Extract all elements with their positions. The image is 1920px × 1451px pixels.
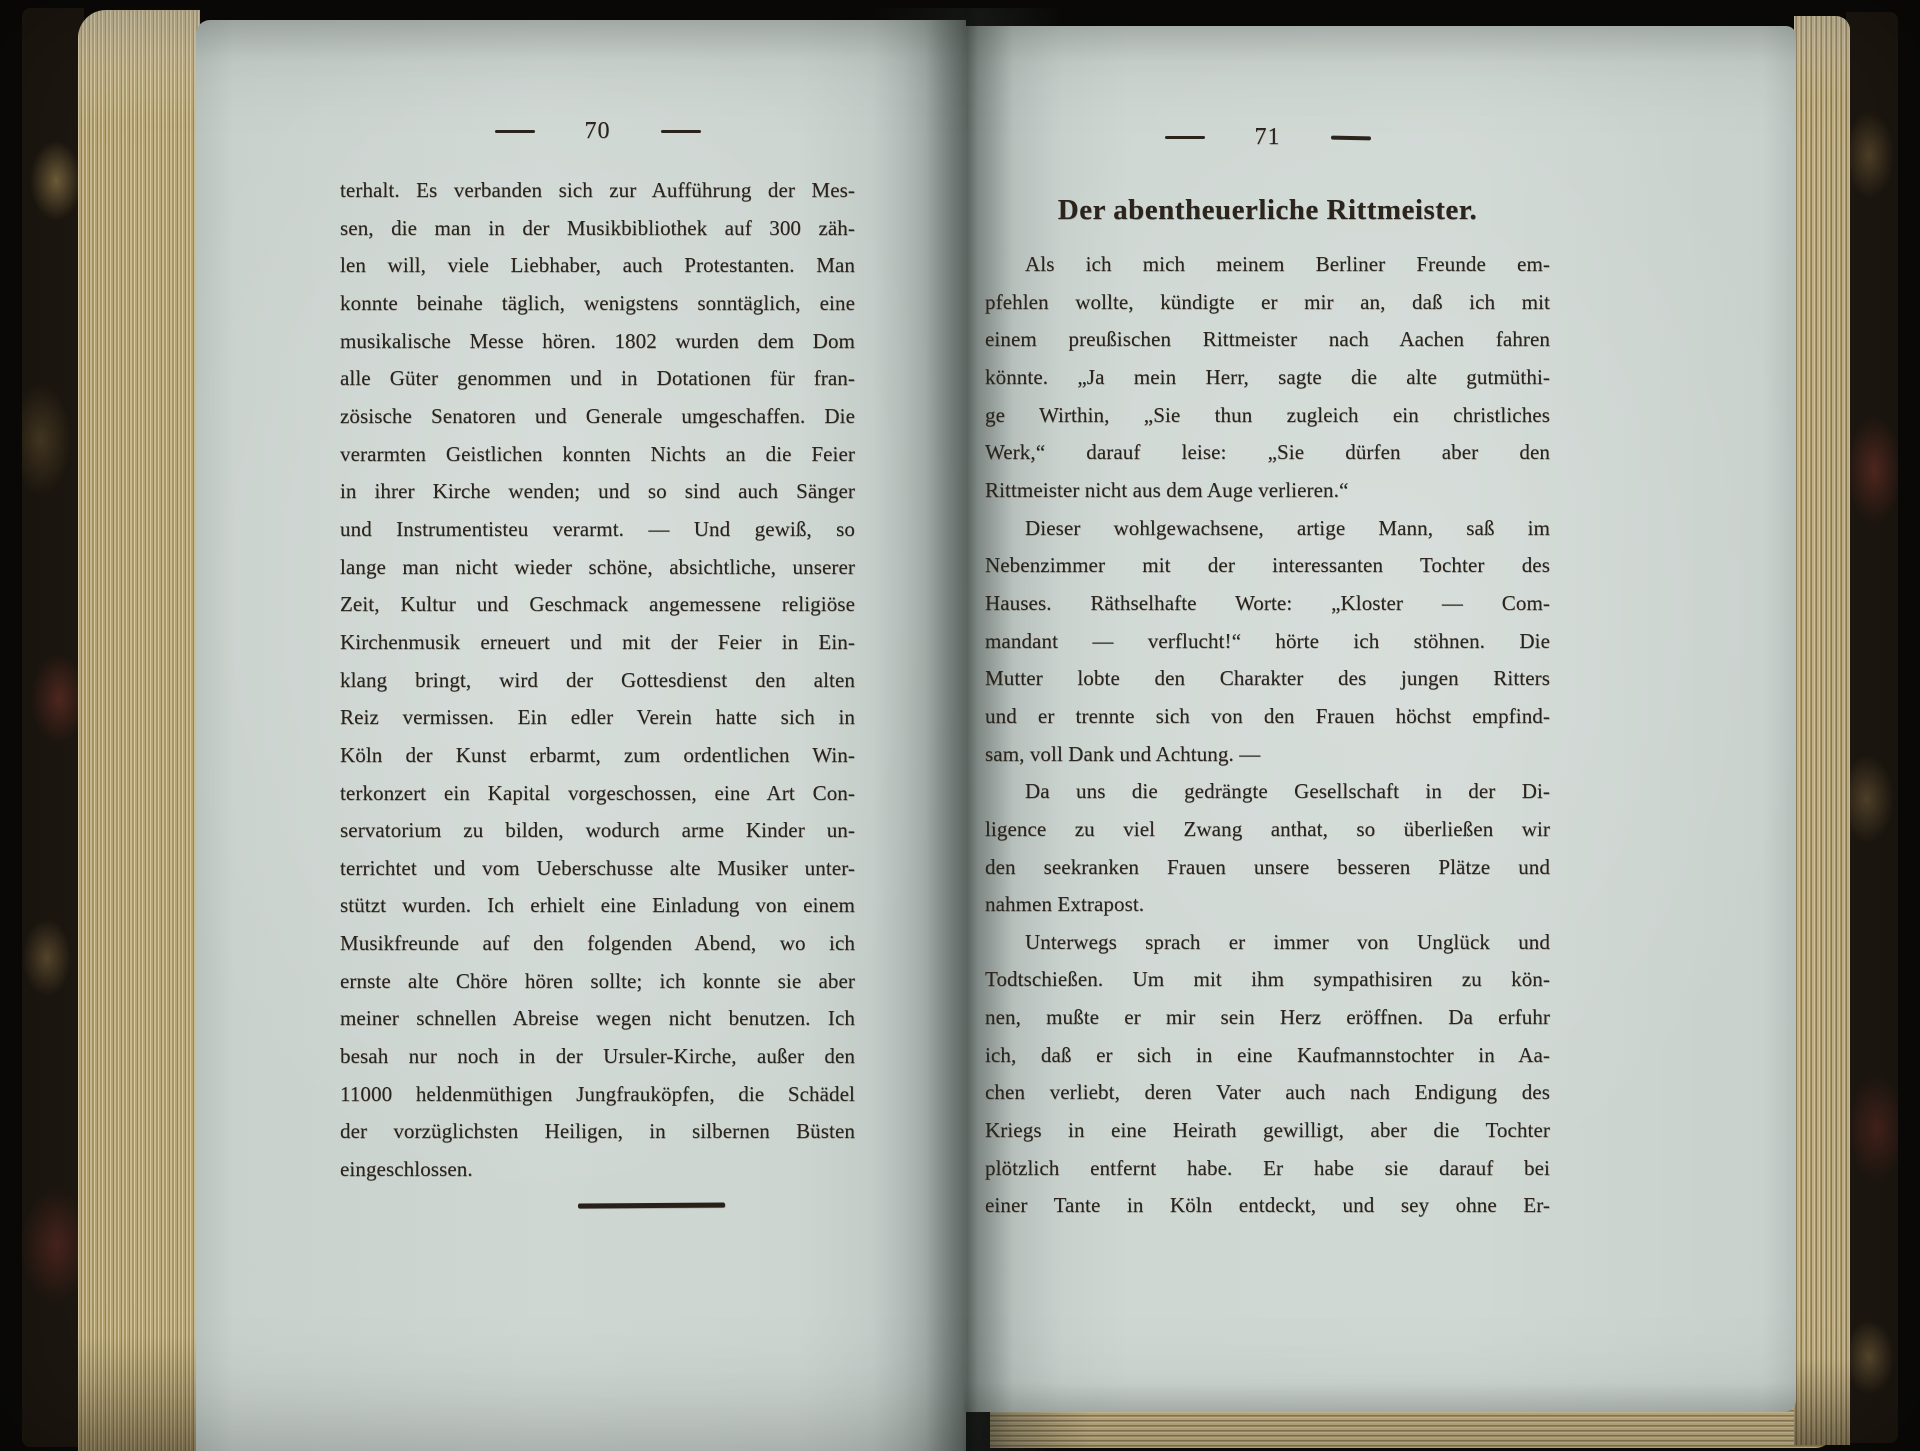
text-line: in ihrer Kirche wenden; und so sind auch… — [340, 473, 855, 511]
text-line: und er trennte sich von den Frauen höchs… — [985, 698, 1550, 736]
header-dash-icon — [495, 130, 535, 134]
left-marbled-board — [22, 8, 84, 1447]
right-page-edges — [1794, 16, 1850, 1445]
text-line: nen, mußte er mir sein Herz eröffnen. Da… — [985, 999, 1550, 1037]
right-page-text: Als ich mich meinem Berliner Freunde em-… — [985, 246, 1550, 1225]
text-line: klang bringt, wird der Gottesdienst den … — [340, 662, 855, 700]
text-line: Kirchenmusik erneuert und mit der Feier … — [340, 624, 855, 662]
text-line: eingeschlossen. — [340, 1151, 855, 1189]
paragraph: Unterwegs sprach er immer von Unglück un… — [985, 924, 1550, 1225]
text-line: terhalt. Es verbanden sich zur Aufführun… — [340, 172, 855, 210]
text-line: Todtschießen. Um mit ihm sympathisiren z… — [985, 961, 1550, 999]
text-line: einer Tante in Köln entdeckt, und sey oh… — [985, 1187, 1550, 1225]
left-page-number: 70 — [585, 118, 611, 145]
left-page-edges — [78, 10, 200, 1451]
text-line: Dieser wohlgewachsene, artige Mann, saß … — [985, 510, 1550, 548]
left-page-header: 70 — [340, 118, 855, 145]
right-page-header: 71 — [985, 124, 1550, 151]
text-line: einem preußischen Rittmeister nach Aache… — [985, 321, 1550, 359]
text-line: lange man nicht wieder schöne, absichtli… — [340, 549, 855, 587]
text-line: besah nur noch in der Ursuler-Kirche, au… — [340, 1038, 855, 1076]
text-line: Da uns die gedrängte Gesellschaft in der… — [985, 773, 1550, 811]
text-line: servatorium zu bilden, wodurch arme Kind… — [340, 812, 855, 850]
text-line: könnte. „Ja mein Herr, sagte die alte gu… — [985, 359, 1550, 397]
text-line: zösische Senatoren und Generale umgescha… — [340, 398, 855, 436]
text-line: 11000 heldenmüthigen Jungfrauköpfen, die… — [340, 1076, 855, 1114]
text-line: ich, daß er sich in eine Kaufmannstochte… — [985, 1037, 1550, 1075]
text-line: Zeit, Kultur und Geschmack angemessene r… — [340, 586, 855, 624]
text-line: Kriegs in eine Heirath gewilligt, aber d… — [985, 1112, 1550, 1150]
text-line: Mutter lobte den Charakter des jungen Ri… — [985, 660, 1550, 698]
text-line: konnte beinahe täglich, wenigstens sonnt… — [340, 285, 855, 323]
text-line: stützt wurden. Ich erhielt eine Einladun… — [340, 887, 855, 925]
paragraph: Als ich mich meinem Berliner Freunde em-… — [985, 246, 1550, 510]
open-book-photo: 70 terhalt. Es verbanden sich zur Auffüh… — [0, 0, 1920, 1451]
text-line: meiner schnellen Abreise wegen nicht ben… — [340, 1000, 855, 1038]
text-line: ernste alte Chöre hören sollte; ich konn… — [340, 963, 855, 1001]
text-line: terkonzert ein Kapital vorgeschossen, ei… — [340, 775, 855, 813]
paragraph: Dieser wohlgewachsene, artige Mann, saß … — [985, 510, 1550, 774]
text-line: verarmten Geistlichen konnten Nichts an … — [340, 436, 855, 474]
text-line: ligence zu viel Zwang anthat, so überlie… — [985, 811, 1550, 849]
text-line: Rittmeister nicht aus dem Auge verlieren… — [985, 472, 1550, 510]
chapter-title: Der abentheuerliche Rittmeister. — [985, 194, 1550, 227]
text-line: plötzlich entfernt habe. Er habe sie dar… — [985, 1150, 1550, 1188]
right-marbled-board — [1846, 12, 1898, 1443]
text-line: pfehlen wollte, kündigte er mir an, daß … — [985, 284, 1550, 322]
text-line: mandant — verflucht!“ hörte ich stöhnen.… — [985, 623, 1550, 661]
paragraph: Da uns die gedrängte Gesellschaft in der… — [985, 773, 1550, 924]
text-line: Reiz vermissen. Ein edler Verein hatte s… — [340, 699, 855, 737]
text-line: chen verliebt, deren Vater auch nach End… — [985, 1074, 1550, 1112]
header-dash-icon — [661, 130, 701, 134]
header-dash-icon — [1330, 135, 1370, 139]
text-line: den seekranken Frauen unsere besseren Pl… — [985, 849, 1550, 887]
text-line: der vorzüglichsten Heiligen, in silberne… — [340, 1113, 855, 1151]
text-line: sen, die man in der Musikbibliothek auf … — [340, 210, 855, 248]
text-line: Nebenzimmer mit der interessanten Tochte… — [985, 547, 1550, 585]
text-line: sam, voll Dank und Achtung. — — [985, 736, 1550, 774]
header-dash-icon — [1165, 136, 1205, 140]
text-line: Werk,“ darauf leise: „Sie dürfen aber de… — [985, 434, 1550, 472]
text-line: Musikfreunde auf den folgenden Abend, wo… — [340, 925, 855, 963]
text-line: len will, viele Liebhaber, auch Protesta… — [340, 247, 855, 285]
text-line: alle Güter genommen und in Dotationen fü… — [340, 360, 855, 398]
text-line: und Instrumentisteu verarmt. — Und gewiß… — [340, 511, 855, 549]
right-page-number: 71 — [1255, 124, 1281, 151]
text-line: nahmen Extrapost. — [985, 886, 1550, 924]
text-line: musikalische Messe hören. 1802 wurden de… — [340, 323, 855, 361]
paragraph: terhalt. Es verbanden sich zur Aufführun… — [340, 172, 855, 1189]
text-line: ge Wirthin, „Sie thun zugleich ein chris… — [985, 397, 1550, 435]
text-line: Unterwegs sprach er immer von Unglück un… — [985, 924, 1550, 962]
text-line: Hauses. Räthselhafte Worte: „Kloster — C… — [985, 585, 1550, 623]
text-line: Köln der Kunst erbarmt, zum ordentlichen… — [340, 737, 855, 775]
text-line: Als ich mich meinem Berliner Freunde em- — [985, 246, 1550, 284]
left-page-text: terhalt. Es verbanden sich zur Aufführun… — [340, 172, 855, 1189]
text-line: terrichtet und vom Ueberschusse alte Mus… — [340, 850, 855, 888]
